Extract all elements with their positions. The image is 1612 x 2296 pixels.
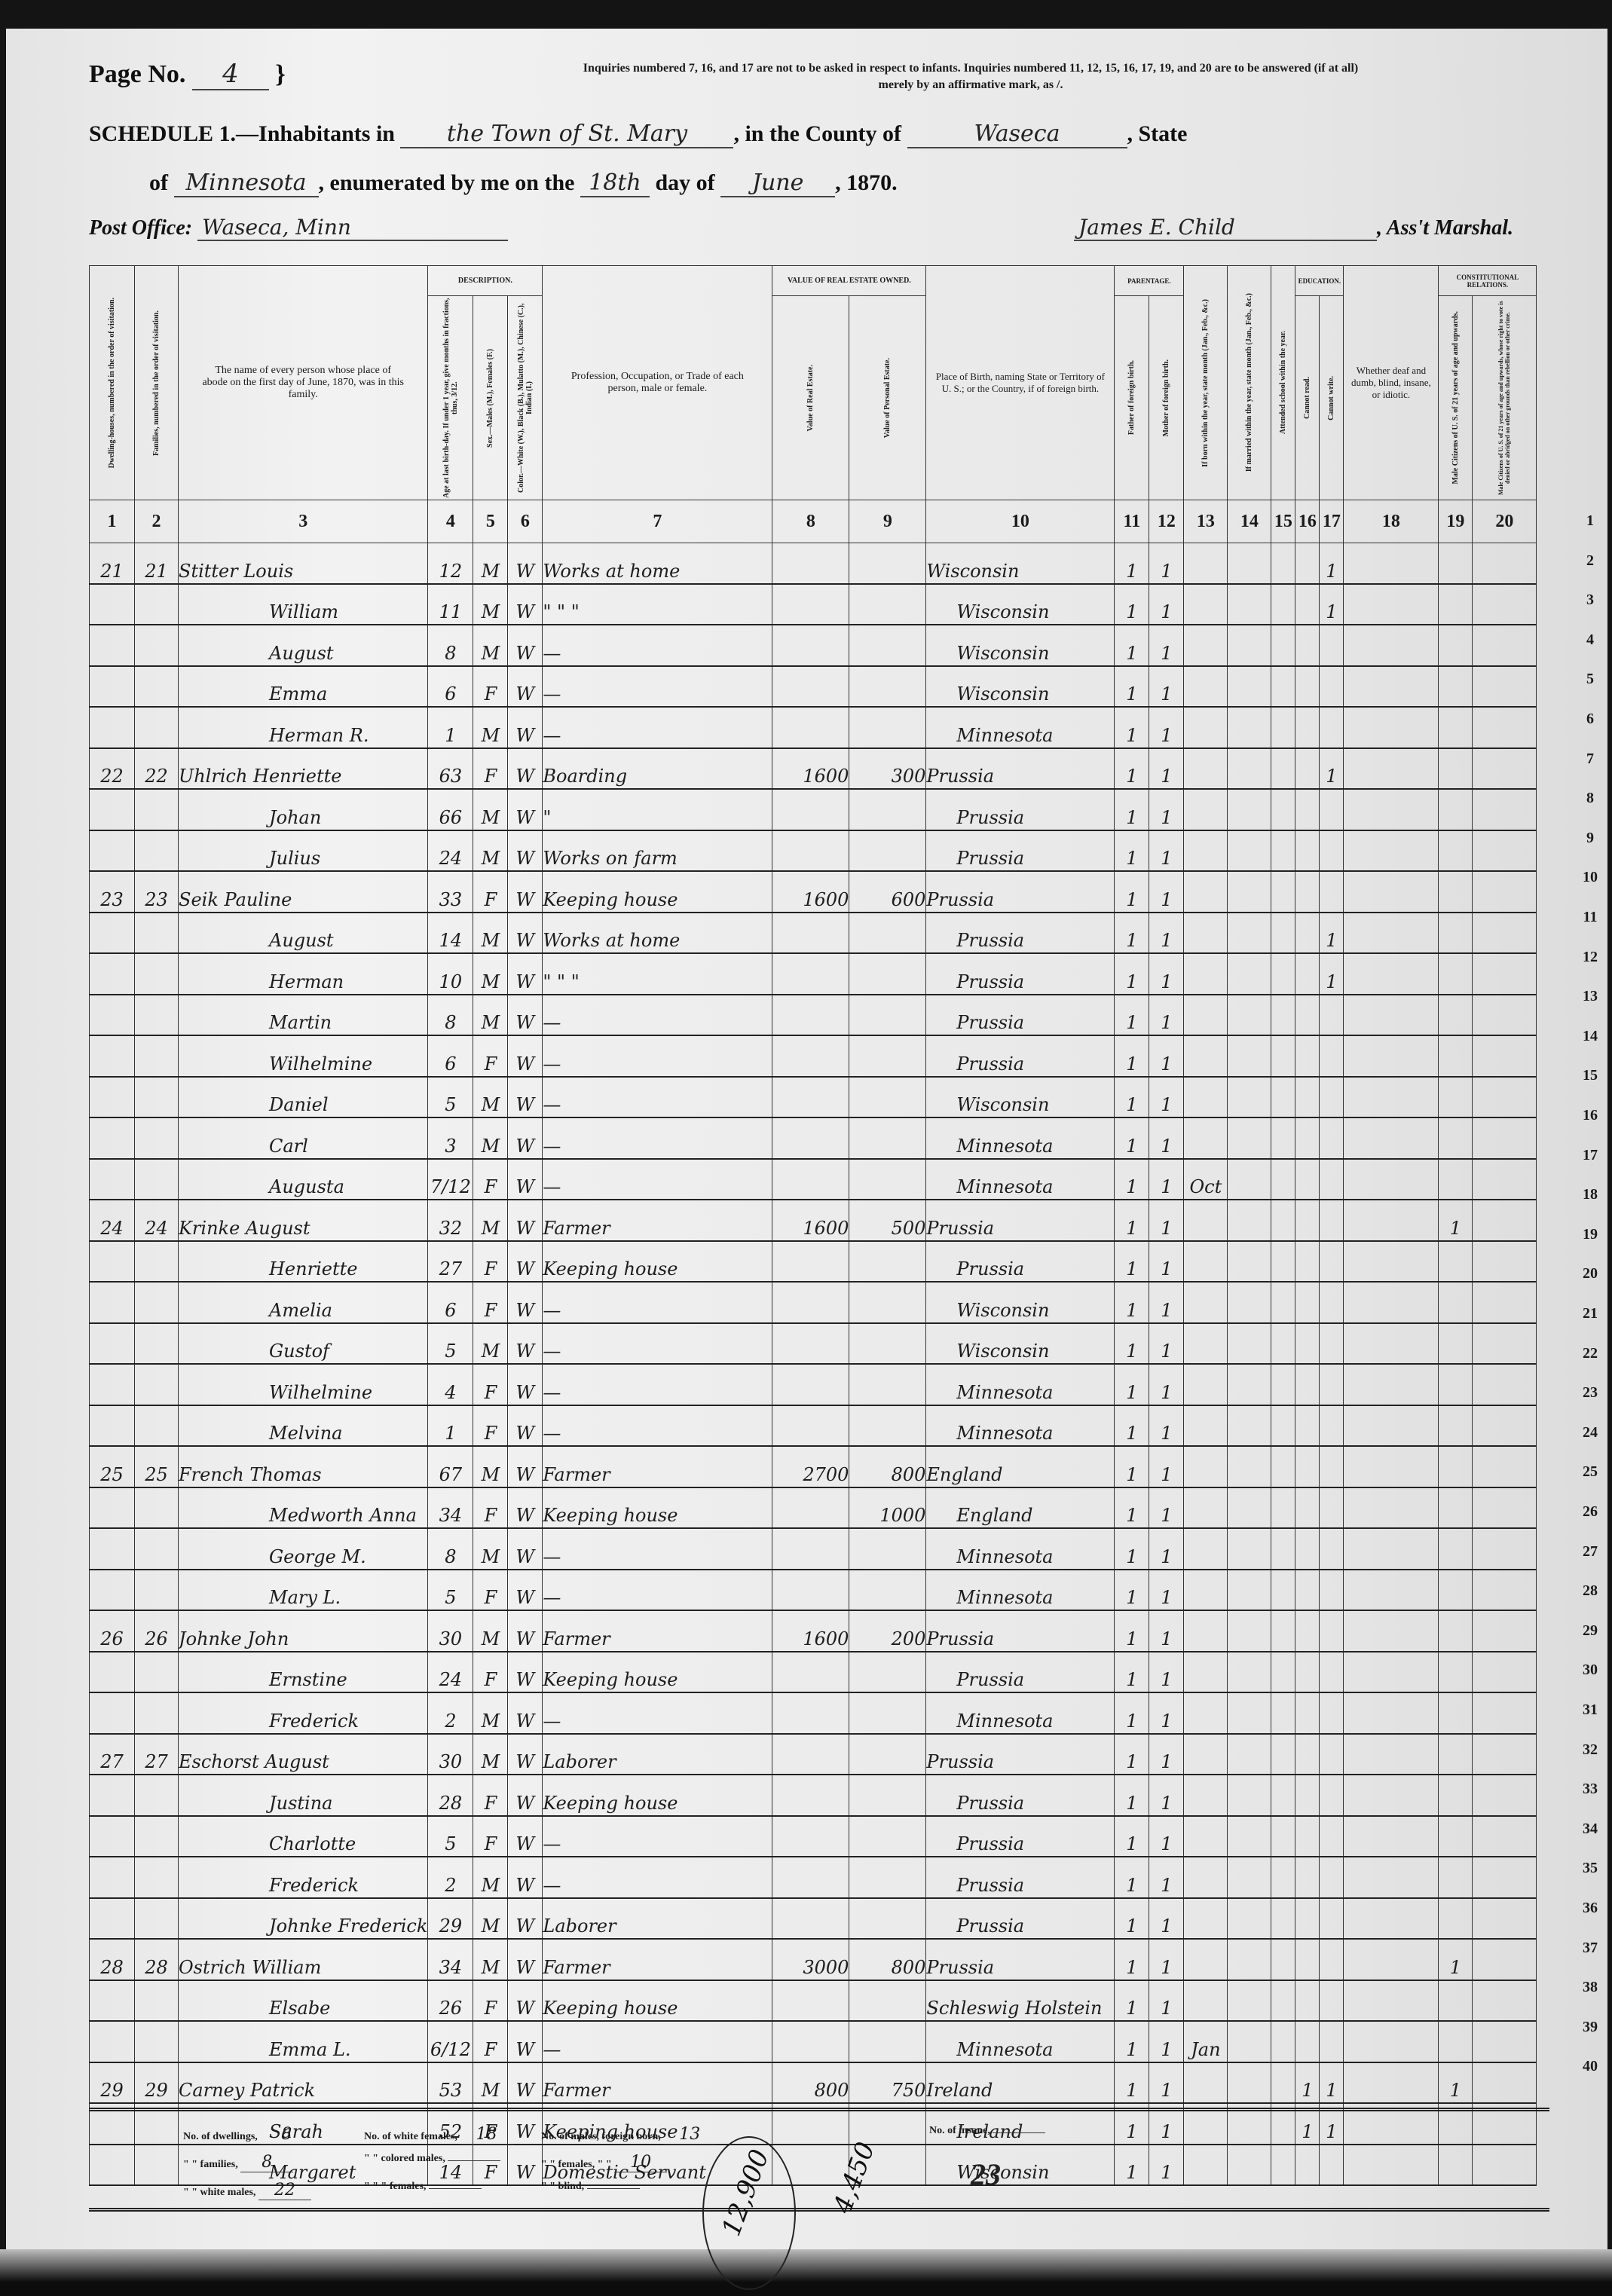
born-month [1184, 543, 1228, 584]
cannot-read-mark [1295, 1692, 1320, 1734]
cannot-write-mark [1320, 1652, 1344, 1693]
father-foreign-mark: 1 [1115, 1323, 1149, 1365]
vote-denied-mark [1473, 2062, 1537, 2104]
table-row: Wilhelmine4FW—Minnesota11 [90, 1364, 1537, 1405]
real-estate-value [772, 995, 849, 1036]
personal-estate-value [849, 1241, 926, 1283]
deaf-blind [1344, 707, 1439, 748]
vote-denied-mark [1473, 1159, 1537, 1200]
line-number: 38 [1575, 1979, 1605, 1996]
sex: M [473, 625, 508, 666]
deaf-blind [1344, 1528, 1439, 1570]
dwelling-number: 29 [90, 2062, 135, 2104]
notice-line-1: Inquiries numbered 7, 16, and 17 are not… [375, 60, 1566, 77]
dwelling-number [90, 707, 135, 748]
birthplace: Wisconsin [926, 666, 1115, 708]
column-number: 14 [1228, 500, 1271, 543]
summary-foreign-females: " " females, " " 10 [541, 2153, 667, 2172]
personal-estate-value: 800 [849, 1939, 926, 1980]
personal-estate-value [849, 953, 926, 995]
occupation: " " " [543, 584, 772, 625]
personal-estate-value [849, 707, 926, 748]
age: 8 [428, 625, 473, 666]
mother-foreign-mark: 1 [1149, 1241, 1184, 1283]
real-estate-value: 1600 [772, 748, 849, 790]
cannot-read-mark [1295, 1077, 1320, 1118]
born-month [1184, 584, 1228, 625]
real-estate-value [772, 1035, 849, 1077]
mother-foreign-mark: 1 [1149, 913, 1184, 954]
deaf-blind [1344, 1323, 1439, 1365]
mother-foreign-mark: 1 [1149, 666, 1184, 708]
col-header-family: Families, numbered in the order of visit… [135, 266, 179, 500]
dwelling-number [90, 1816, 135, 1857]
school-mark [1271, 1077, 1295, 1118]
born-month [1184, 666, 1228, 708]
cannot-write-mark [1320, 1117, 1344, 1159]
personal-estate-value [849, 625, 926, 666]
real-estate-value [772, 953, 849, 995]
cannot-write-mark [1320, 995, 1344, 1036]
line-number: 1 [1575, 512, 1605, 530]
male-citizen-mark [1439, 707, 1473, 748]
family-number [135, 1159, 179, 1200]
married-month [1228, 1200, 1271, 1241]
cannot-write-mark [1320, 1528, 1344, 1570]
column-number: 20 [1473, 500, 1537, 543]
married-month [1228, 1610, 1271, 1652]
born-month [1184, 1323, 1228, 1365]
sex: M [473, 995, 508, 1036]
sex: M [473, 2062, 508, 2104]
cannot-read-mark [1295, 1980, 1320, 2022]
birthplace: Prussia [926, 1035, 1115, 1077]
age: 24 [428, 830, 473, 872]
sex: F [473, 1570, 508, 1611]
line-number: 20 [1575, 1265, 1605, 1283]
line-number: 37 [1575, 1940, 1605, 1957]
born-month [1184, 1077, 1228, 1118]
father-foreign-mark: 1 [1115, 1282, 1149, 1323]
cannot-write-mark [1320, 1200, 1344, 1241]
age: 4 [428, 1364, 473, 1405]
occupation: Farmer [543, 1200, 772, 1241]
occupation: — [543, 1692, 772, 1734]
school-mark [1271, 707, 1295, 748]
dwelling-number [90, 1159, 135, 1200]
family-number [135, 1487, 179, 1529]
sex: F [473, 871, 508, 913]
mother-foreign-mark: 1 [1149, 1159, 1184, 1200]
born-month [1184, 1816, 1228, 1857]
col-header-vote-denied: Male Citizens of U. S. of 21 years of ag… [1473, 296, 1537, 500]
table-row: August8MW—Wisconsin11 [90, 625, 1537, 666]
age: 34 [428, 1939, 473, 1980]
married-month [1228, 584, 1271, 625]
family-number [135, 1077, 179, 1118]
line-number: 2 [1575, 552, 1605, 570]
deaf-blind [1344, 1200, 1439, 1241]
personal-estate-value [849, 1364, 926, 1405]
father-foreign-mark: 1 [1115, 1652, 1149, 1693]
personal-estate-value [849, 1077, 926, 1118]
deaf-blind [1344, 1939, 1439, 1980]
mother-foreign-mark: 1 [1149, 995, 1184, 1036]
cannot-read-mark [1295, 1898, 1320, 1940]
male-citizen-mark [1439, 830, 1473, 872]
dwelling-number: 28 [90, 1939, 135, 1980]
birthplace: Prussia [926, 953, 1115, 995]
sex: M [473, 913, 508, 954]
age: 5 [428, 1323, 473, 1365]
personal-estate-value: 500 [849, 1200, 926, 1241]
married-month [1228, 1323, 1271, 1365]
married-month [1228, 1035, 1271, 1077]
vote-denied-mark [1473, 1241, 1537, 1283]
personal-estate-value [849, 1775, 926, 1816]
father-foreign-mark: 1 [1115, 1939, 1149, 1980]
male-citizen-mark [1439, 1652, 1473, 1693]
married-month [1228, 625, 1271, 666]
born-month [1184, 953, 1228, 995]
table-row: 2424Krinke August32MWFarmer1600500Prussi… [90, 1200, 1537, 1241]
personal-estate-value [849, 1898, 926, 1940]
vote-denied-mark [1473, 1980, 1537, 2022]
line-number: 24 [1575, 1424, 1605, 1441]
column-number: 1 [90, 500, 135, 543]
sex: M [473, 1446, 508, 1487]
personal-estate-value [849, 1117, 926, 1159]
married-month [1228, 1159, 1271, 1200]
cannot-read-mark [1295, 1528, 1320, 1570]
school-mark [1271, 789, 1295, 830]
birthplace: Wisconsin [926, 543, 1115, 584]
summary-insane: No. of insane, [929, 2125, 1045, 2137]
table-row: Frederick2MW—Minnesota11 [90, 1692, 1537, 1734]
cannot-read-mark [1295, 625, 1320, 666]
male-citizen-mark [1439, 1980, 1473, 2022]
person-name: Eschorst August [179, 1734, 428, 1775]
born-month [1184, 1898, 1228, 1940]
dwelling-number [90, 1980, 135, 2022]
cannot-read-mark [1295, 830, 1320, 872]
line-number: 27 [1575, 1543, 1605, 1561]
census-table: Dwelling-houses, numbered in the order o… [89, 265, 1537, 2186]
vote-denied-mark [1473, 1364, 1537, 1405]
personal-estate-value: 600 [849, 871, 926, 913]
father-foreign-mark: 1 [1115, 1980, 1149, 2022]
person-name: Elsabe [179, 1980, 428, 2022]
personal-estate-value [849, 1035, 926, 1077]
person-name: Herman R. [179, 707, 428, 748]
married-month [1228, 789, 1271, 830]
married-month [1228, 748, 1271, 790]
age: 2 [428, 1857, 473, 1898]
married-month [1228, 2062, 1271, 2104]
occupation: Farmer [543, 1446, 772, 1487]
deaf-blind [1344, 1117, 1439, 1159]
deaf-blind [1344, 748, 1439, 790]
family-number [135, 1816, 179, 1857]
birthplace: Minnesota [926, 1692, 1115, 1734]
col-header-born-within-year: If born within the year, state month (Ja… [1184, 266, 1228, 500]
school-mark [1271, 1159, 1295, 1200]
deaf-blind [1344, 1570, 1439, 1611]
occupation: — [543, 1159, 772, 1200]
person-name: Wilhelmine [179, 1035, 428, 1077]
family-number [135, 1117, 179, 1159]
family-number [135, 953, 179, 995]
color: W [508, 913, 543, 954]
male-citizen-mark [1439, 2021, 1473, 2062]
col-header-attended-school: Attended school within the year. [1271, 266, 1295, 500]
male-citizen-mark [1439, 1159, 1473, 1200]
color: W [508, 748, 543, 790]
table-row: Mary L.5FW—Minnesota11 [90, 1570, 1537, 1611]
deaf-blind [1344, 953, 1439, 995]
married-month [1228, 1528, 1271, 1570]
personal-estate-value [849, 789, 926, 830]
sex: F [473, 1816, 508, 1857]
cannot-read-mark [1295, 1323, 1320, 1365]
birthplace: Prussia [926, 1775, 1115, 1816]
cannot-write-mark [1320, 1364, 1344, 1405]
birthplace: Prussia [926, 748, 1115, 790]
age: 6 [428, 666, 473, 708]
age: 7/12 [428, 1159, 473, 1200]
male-citizen-mark [1439, 584, 1473, 625]
line-number: 14 [1575, 1028, 1605, 1045]
born-month [1184, 1528, 1228, 1570]
father-foreign-mark: 1 [1115, 1117, 1149, 1159]
real-estate-value [772, 789, 849, 830]
deaf-blind [1344, 625, 1439, 666]
line-number: 6 [1575, 711, 1605, 728]
dwelling-number: 23 [90, 871, 135, 913]
born-month [1184, 1610, 1228, 1652]
column-number-row: 1234567891011121314151617181920 [90, 500, 1537, 543]
occupation: — [543, 666, 772, 708]
table-row: Medworth Anna34FWKeeping house1000Englan… [90, 1487, 1537, 1529]
occupation: Works on farm [543, 830, 772, 872]
personal-estate-value: 1000 [849, 1487, 926, 1529]
mother-foreign-mark: 1 [1149, 2062, 1184, 2104]
color: W [508, 1734, 543, 1775]
scan-edge-shadow [0, 2249, 1612, 2296]
real-estate-value [772, 584, 849, 625]
birthplace: Prussia [926, 1734, 1115, 1775]
dwelling-number: 26 [90, 1610, 135, 1652]
color: W [508, 584, 543, 625]
cannot-write-mark [1320, 707, 1344, 748]
column-number: 2 [135, 500, 179, 543]
occupation: Keeping house [543, 1487, 772, 1529]
family-number [135, 1282, 179, 1323]
family-number: 21 [135, 543, 179, 584]
real-estate-value [772, 1241, 849, 1283]
col-header-cannot-write: Cannot write. [1320, 296, 1344, 500]
deaf-blind [1344, 995, 1439, 1036]
sex: M [473, 1734, 508, 1775]
sex: M [473, 1117, 508, 1159]
deaf-blind [1344, 1487, 1439, 1529]
male-citizen-mark [1439, 1734, 1473, 1775]
page-number-label: Page No. 4 } [89, 59, 286, 90]
mother-foreign-mark: 1 [1149, 1816, 1184, 1857]
summary-tally-note: 23 [971, 2157, 1001, 2192]
vote-denied-mark [1473, 543, 1537, 584]
family-number: 24 [135, 1200, 179, 1241]
family-number [135, 625, 179, 666]
age: 63 [428, 748, 473, 790]
family-number [135, 1775, 179, 1816]
cannot-read-mark [1295, 1446, 1320, 1487]
family-number [135, 995, 179, 1036]
color: W [508, 1241, 543, 1283]
column-number: 5 [473, 500, 508, 543]
cannot-write-mark [1320, 1241, 1344, 1283]
col-header-married-within-year: If married within the year, state month … [1228, 266, 1271, 500]
deaf-blind [1344, 1775, 1439, 1816]
dwelling-number [90, 913, 135, 954]
person-name: Medworth Anna [179, 1487, 428, 1529]
cannot-read-mark [1295, 748, 1320, 790]
cannot-write-mark [1320, 666, 1344, 708]
age: 11 [428, 584, 473, 625]
deaf-blind [1344, 1816, 1439, 1857]
deaf-blind [1344, 543, 1439, 584]
color: W [508, 1282, 543, 1323]
male-citizen-mark [1439, 789, 1473, 830]
family-number [135, 707, 179, 748]
line-number: 12 [1575, 949, 1605, 966]
real-estate-value [772, 1570, 849, 1611]
person-name: Amelia [179, 1282, 428, 1323]
deaf-blind [1344, 830, 1439, 872]
sex: F [473, 1364, 508, 1405]
personal-estate-value: 800 [849, 1446, 926, 1487]
real-estate-value [772, 2021, 849, 2062]
color: W [508, 1528, 543, 1570]
born-month: Jan [1184, 2021, 1228, 2062]
person-name: Stitter Louis [179, 543, 428, 584]
deaf-blind [1344, 1035, 1439, 1077]
family-number [135, 1857, 179, 1898]
male-citizen-mark [1439, 1898, 1473, 1940]
color: W [508, 1775, 543, 1816]
summary-white-males: " " white males, 22 [183, 2181, 311, 2200]
person-name: Carney Patrick [179, 2062, 428, 2104]
person-name: Julius [179, 830, 428, 872]
person-name: Seik Pauline [179, 871, 428, 913]
sex: M [473, 1528, 508, 1570]
cannot-write-mark: 1 [1320, 584, 1344, 625]
table-row: 2525French Thomas67MWFarmer2700800Englan… [90, 1446, 1537, 1487]
color: W [508, 1980, 543, 2022]
father-foreign-mark: 1 [1115, 1570, 1149, 1611]
dwelling-number [90, 584, 135, 625]
line-number: 39 [1575, 2019, 1605, 2036]
age: 27 [428, 1241, 473, 1283]
sex: M [473, 543, 508, 584]
married-month [1228, 1077, 1271, 1118]
sex: M [473, 953, 508, 995]
color: W [508, 625, 543, 666]
line-number: 26 [1575, 1503, 1605, 1521]
age: 14 [428, 913, 473, 954]
father-foreign-mark: 1 [1115, 1898, 1149, 1940]
male-citizen-mark [1439, 748, 1473, 790]
sex: F [473, 1487, 508, 1529]
page-number: 4 [192, 59, 269, 90]
line-number: 7 [1575, 751, 1605, 768]
line-number: 18 [1575, 1186, 1605, 1203]
occupation: Keeping house [543, 1241, 772, 1283]
school-mark [1271, 1692, 1295, 1734]
vote-denied-mark [1473, 1282, 1537, 1323]
family-number [135, 789, 179, 830]
cannot-read-mark [1295, 1159, 1320, 1200]
married-month [1228, 871, 1271, 913]
person-name: Carl [179, 1117, 428, 1159]
color: W [508, 2021, 543, 2062]
personal-estate-value [849, 1734, 926, 1775]
line-number: 30 [1575, 1662, 1605, 1679]
school-mark [1271, 1323, 1295, 1365]
col-header-occupation: Profession, Occupation, or Trade of each… [543, 266, 772, 500]
sex: M [473, 1323, 508, 1365]
male-citizen-mark [1439, 543, 1473, 584]
father-foreign-mark: 1 [1115, 1528, 1149, 1570]
table-row: August14MWWorks at homePrussia111 [90, 913, 1537, 954]
personal-estate-value [849, 1980, 926, 2022]
married-month [1228, 1487, 1271, 1529]
dwelling-number: 22 [90, 748, 135, 790]
school-mark [1271, 1980, 1295, 2022]
mother-foreign-mark: 1 [1149, 1857, 1184, 1898]
mother-foreign-mark: 1 [1149, 584, 1184, 625]
family-number [135, 1405, 179, 1447]
vote-denied-mark [1473, 871, 1537, 913]
born-month [1184, 1734, 1228, 1775]
table-row: 2222Uhlrich Henriette63FWBoarding1600300… [90, 748, 1537, 790]
dwelling-number [90, 2021, 135, 2062]
col-header-personal-estate: Value of Personal Estate. [849, 296, 926, 500]
vote-denied-mark [1473, 1652, 1537, 1693]
vote-denied-mark [1473, 666, 1537, 708]
school-mark [1271, 1775, 1295, 1816]
cannot-write-mark [1320, 871, 1344, 913]
personal-estate-value [849, 1323, 926, 1365]
mother-foreign-mark: 1 [1149, 789, 1184, 830]
age: 5 [428, 1570, 473, 1611]
real-estate-value [772, 1775, 849, 1816]
table-row: Johan66MW"Prussia11 [90, 789, 1537, 830]
dwelling-number [90, 1282, 135, 1323]
mother-foreign-mark: 1 [1149, 1980, 1184, 2022]
vote-denied-mark [1473, 1857, 1537, 1898]
married-month [1228, 995, 1271, 1036]
personal-estate-value [849, 1816, 926, 1857]
occupation: Keeping house [543, 1775, 772, 1816]
line-number: 5 [1575, 671, 1605, 688]
occupation: — [543, 1405, 772, 1447]
father-foreign-mark: 1 [1115, 1610, 1149, 1652]
sex: M [473, 707, 508, 748]
father-foreign-mark: 1 [1115, 1734, 1149, 1775]
born-month [1184, 1775, 1228, 1816]
age: 34 [428, 1487, 473, 1529]
